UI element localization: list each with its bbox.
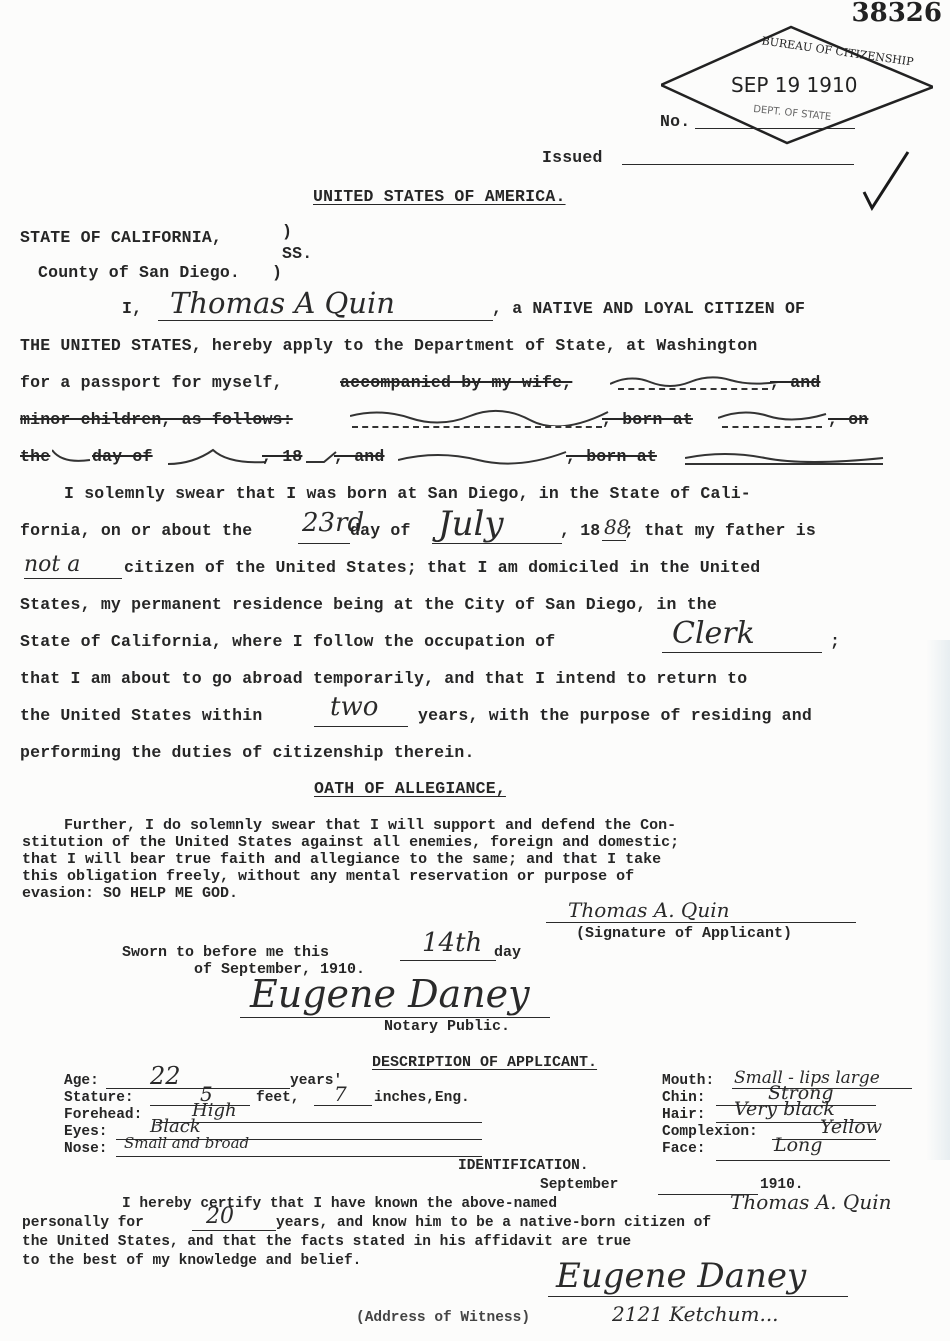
venue-bracket-bottom: )	[272, 263, 282, 282]
birth-month-line	[432, 543, 562, 544]
sworn-day-suffix: day	[494, 944, 521, 961]
struck-minor-children: minor children, as follows:	[20, 410, 293, 429]
stature-label: Stature:	[64, 1090, 134, 1106]
nose-line	[116, 1156, 482, 1157]
children-dash-line	[352, 426, 602, 428]
line-5-18: , 18	[262, 447, 302, 466]
birth-oath-line-7-suffix: years, with the purpose of residing and	[418, 706, 812, 725]
identification-line-2-prefix: personally for	[22, 1215, 144, 1231]
notary-signature: Eugene Daney	[250, 972, 530, 1016]
years-known-line	[192, 1230, 276, 1231]
applicant-name-line	[158, 320, 493, 321]
bureau-of-citizenship-stamp: BUREAU OF CITIZENSHIP SEP 19 1910 DEPT. …	[661, 25, 933, 145]
age-value: 22	[150, 1062, 181, 1090]
return-within: two	[330, 692, 378, 722]
no-label: No.	[660, 112, 690, 131]
line-4-born-at: , born at	[602, 410, 693, 429]
face-line	[716, 1160, 890, 1161]
occupation: Clerk	[672, 616, 755, 651]
birth-year-prefix: , 18	[560, 521, 600, 540]
identification-named-person: Thomas A. Quin	[730, 1190, 891, 1214]
identification-date-month: September	[540, 1177, 618, 1193]
nose-value: Small and broad	[124, 1134, 249, 1152]
birth-oath-line-3: citizen of the United States; that I am …	[124, 558, 760, 577]
sworn-prefix: Sworn to before me this	[122, 944, 329, 961]
venue-state: STATE OF CALIFORNIA,	[20, 228, 222, 247]
age-line	[106, 1088, 290, 1089]
inches-unit: inches,Eng.	[374, 1090, 470, 1106]
checkmark-icon	[862, 150, 910, 212]
squiggle-mark	[718, 406, 828, 426]
squiggle-mark	[350, 406, 610, 426]
birth-oath-line-2-prefix: fornia, on or about the	[20, 521, 252, 540]
description-heading: DESCRIPTION OF APPLICANT.	[372, 1054, 597, 1071]
birth-oath-line-7-prefix: the United States within	[20, 706, 262, 725]
allegiance-line-1: Further, I do solemnly swear that I will…	[64, 817, 676, 834]
face-label: Face:	[662, 1141, 706, 1157]
allegiance-line-3: that I will bear true faith and allegian…	[22, 851, 661, 868]
document-title: UNITED STATES OF AMERICA.	[313, 187, 566, 206]
age-label: Age:	[64, 1073, 99, 1089]
line-5-born-at: , born at	[566, 447, 657, 466]
witness-signature: Eugene Daney	[556, 1256, 806, 1296]
applicant-name: Thomas A Quin	[170, 286, 395, 320]
birth-day-line	[298, 543, 350, 544]
intro-suffix: , a NATIVE AND LOYAL CITIZEN OF	[492, 299, 805, 318]
issued-line	[622, 164, 854, 165]
born-at-dash-line	[722, 426, 822, 428]
complexion-value: Yellow	[820, 1116, 882, 1138]
identification-line-1-prefix: I hereby certify that I have known the a…	[122, 1196, 557, 1212]
birth-oath-day-of: day of	[350, 521, 411, 540]
allegiance-line-4: this obligation freely, without any ment…	[22, 868, 634, 885]
allegiance-heading: OATH OF ALLEGIANCE,	[314, 779, 506, 798]
allegiance-line-5: evasion: SO HELP ME GOD.	[22, 885, 238, 902]
application-line-3-prefix: for a passport for myself,	[20, 373, 283, 392]
identification-line-3: the United States, and that the facts st…	[22, 1234, 631, 1250]
birth-year-line	[602, 540, 626, 541]
applicant-signature-line	[546, 922, 856, 923]
feet-unit: feet,	[256, 1090, 300, 1106]
no-line	[695, 128, 855, 129]
squiggle-mark	[398, 446, 568, 468]
father-status-line	[24, 578, 122, 579]
birth-oath-line-2-suffix: ; that my father is	[624, 521, 816, 540]
identification-line-4: to the best of my knowledge and belief.	[22, 1253, 361, 1269]
line-5-and: , and	[334, 447, 385, 466]
issued-label: Issued	[542, 148, 603, 167]
years-known: 20	[206, 1204, 234, 1229]
venue-county: County of San Diego.	[38, 263, 240, 282]
hair-label: Hair:	[662, 1107, 706, 1123]
sworn-day-line	[400, 960, 496, 961]
sworn-day: 14th	[422, 928, 482, 958]
witness-address: 2121 Ketchum...	[612, 1302, 779, 1326]
line-4-on: , on	[828, 410, 868, 429]
birth-month: July	[438, 504, 504, 544]
applicant-signature: Thomas A. Quin	[568, 898, 729, 922]
wife-dash-line	[618, 388, 768, 390]
line-5-the: the	[20, 447, 50, 466]
witness-address-label: (Address of Witness)	[356, 1310, 530, 1326]
document-number: 38326	[852, 0, 942, 28]
venue-ss: SS.	[282, 244, 312, 263]
birth-oath-line-6: that I am about to go abroad temporarily…	[20, 669, 747, 688]
complexion-label: Complexion:	[662, 1124, 758, 1140]
squiggle-mark	[52, 446, 92, 466]
inches-line	[314, 1105, 372, 1106]
stature-inches: 7	[334, 1082, 347, 1106]
father-status: not a	[24, 552, 80, 577]
occupation-line	[662, 652, 822, 653]
squiggle-mark	[168, 446, 268, 468]
birth-oath-line-8: performing the duties of citizenship the…	[20, 743, 475, 762]
allegiance-line-2: stitution of the United States against a…	[22, 834, 679, 851]
return-within-line	[314, 726, 408, 727]
birth-oath-line-5-suffix: ;	[830, 632, 840, 651]
face-value: Long	[774, 1134, 822, 1156]
passport-application-page: 38326 BUREAU OF CITIZENSHIP SEP 19 1910 …	[0, 0, 950, 1341]
identification-heading: IDENTIFICATION.	[458, 1158, 589, 1174]
birth-oath-line-1: I solemnly swear that I was born at San …	[64, 484, 751, 503]
venue-bracket-top: )	[282, 222, 292, 241]
stamp-date: SEP 19 1910	[731, 73, 857, 97]
nose-label: Nose:	[64, 1141, 108, 1157]
identification-line-2-suffix: years, and know him to be a native-born …	[276, 1215, 711, 1231]
applicant-signature-label: (Signature of Applicant)	[576, 925, 792, 942]
scan-edge-shadow	[926, 640, 950, 1160]
squiggle-mark	[610, 370, 780, 390]
application-line-2: THE UNITED STATES, hereby apply to the D…	[20, 336, 757, 355]
chin-label: Chin:	[662, 1090, 706, 1106]
intro-prefix: I,	[122, 299, 142, 318]
witness-signature-line	[548, 1296, 848, 1297]
struck-accompanied-by-wife: accompanied by my wife,	[340, 373, 572, 392]
eyes-label: Eyes:	[64, 1124, 108, 1140]
forehead-label: Forehead:	[64, 1107, 142, 1123]
mouth-label: Mouth:	[662, 1073, 714, 1089]
line-5-day-of: day of	[92, 447, 153, 466]
birth-oath-line-5-prefix: State of California, where I follow the …	[20, 632, 555, 651]
forehead-line	[156, 1122, 482, 1123]
birth-oath-line-4: States, my permanent residence being at …	[20, 595, 717, 614]
line-3-suffix: , and	[770, 373, 821, 392]
squiggle-mark	[685, 446, 885, 468]
notary-label: Notary Public.	[384, 1018, 510, 1035]
